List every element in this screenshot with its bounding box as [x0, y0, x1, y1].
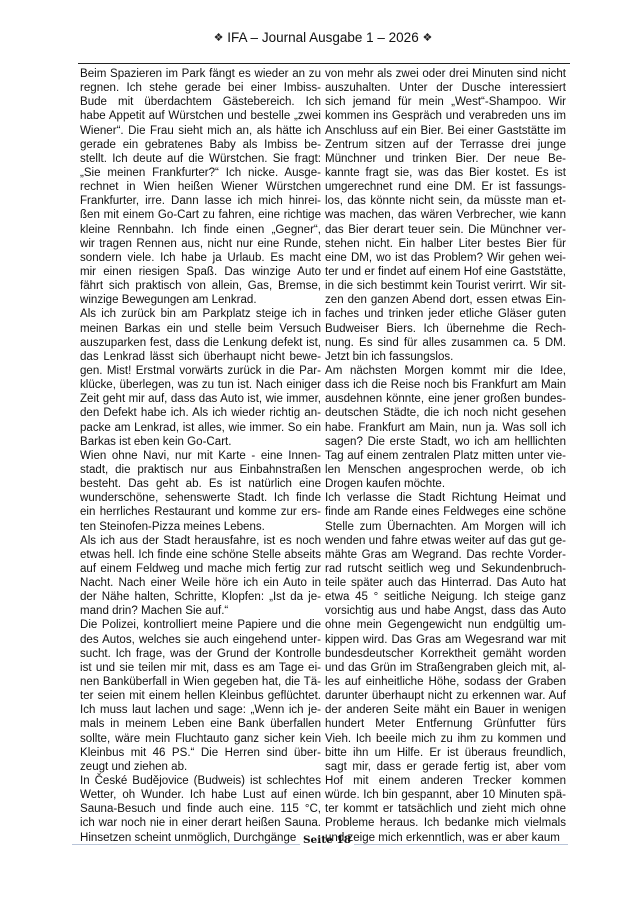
text-line: Kleinbus mit 46 PS.“ Die Herren sind übe… [80, 746, 321, 760]
text-line: ter seien mit einem hellen Kleinbus gefl… [80, 689, 321, 703]
text-line: los, das könnte nicht sein, da müsste ma… [325, 194, 566, 208]
text-line: Wetter, oh Wunder. Ich habe Lust auf ein… [80, 788, 321, 802]
text-line: wunderschöne, sehenswerte Stadt. Ich fin… [80, 491, 321, 505]
text-line: Tag auf einem zentralen Platz mitten unt… [325, 449, 566, 463]
text-line: ein herrliches Restaurant und komme zur … [80, 505, 321, 519]
text-line: faches und trinken jeder etliche Gläser … [325, 307, 566, 321]
paragraph: Beim Spazieren im Park fängt es wieder a… [80, 67, 321, 307]
text-line: den Defekt habe ich. Als ich wieder rich… [80, 406, 321, 420]
text-line: auf einem Feldweg und mache mich fertig … [80, 562, 321, 576]
header-divider [78, 63, 570, 64]
text-line: Vieh. Ich beeile mich zu ihm zu kommen u… [325, 732, 566, 746]
text-line: zen den ganzen Abend dort, essen etwas E… [325, 293, 566, 307]
text-line: Beim Spazieren im Park fängt es wieder a… [80, 67, 321, 81]
paragraph: Als ich aus der Stadt herausfahre, ist e… [80, 534, 321, 619]
journal-title: IFA – Journal Ausgabe 1 – 2026 [227, 30, 418, 45]
text-line: des Autos, welches sie auch eingehend un… [80, 633, 321, 647]
text-line: etwas hell. Ich finde eine schöne Stelle… [80, 548, 321, 562]
text-line: ten Steinofen-Pizza meines Lebens. [80, 520, 321, 534]
text-line: Am nächsten Morgen kommt mir die Idee, [325, 364, 566, 378]
text-line: bundesdeutscher Korrektheit gemäht worde… [325, 647, 566, 661]
text-line: rad rutscht seitlich weg und Sekundenbru… [325, 562, 566, 576]
page-header: ❖ IFA – Journal Ausgabe 1 – 2026 ❖ [76, 28, 570, 50]
text-line: darunter überhaupt nicht zu erkennen war… [325, 689, 566, 703]
footer-divider-left [72, 844, 300, 845]
text-line: das Lenkrad lässt sich überhaupt nicht b… [80, 350, 321, 364]
text-line: Zeit geht mir auf, dass das Auto ist, wi… [80, 392, 321, 406]
text-line: Anschluss auf ein Bier. Bei einer Gastst… [325, 124, 566, 138]
text-line: gen. Mist! Erstmal vorwärts zurück in di… [80, 364, 321, 378]
text-line: rechnet in Wien heißen Wiener Würstchen [80, 180, 321, 194]
text-line: der Nähe halten, Schritte, Klopfen: „Ist… [80, 590, 321, 604]
text-line: sagt mir, dass er gerade fertig ist, abe… [325, 760, 566, 774]
text-line: len Menschen angesprochen werde, ob ich [325, 463, 566, 477]
text-line: ich war noch nie in einer derart heißen … [80, 816, 321, 830]
text-line: kannte fragt sie, was das Bier kostet. E… [325, 166, 566, 180]
text-line: ter und er findet auf einem Hof eine Gas… [325, 265, 566, 279]
text-line: bitte ihn um Hilfe. Er ist überaus freun… [325, 746, 566, 760]
text-line: besteht. Das geht ab. Es ist natürlich e… [80, 477, 321, 491]
text-line: Ich muss laut lachen und sage: „Wenn ich… [80, 703, 321, 717]
text-line: der anderen Seite mäht ein Bauer in weni… [325, 703, 566, 717]
text-line: In České Budějovice (Budweis) ist schlec… [80, 774, 321, 788]
text-line: sollte, wäre mein Fluchtauto ganz sicher… [80, 732, 321, 746]
text-line: auszuparken fest, dass die Lenkung defek… [80, 336, 321, 350]
text-line: nen Banküberfall in Wien gegeben hat, di… [80, 675, 321, 689]
text-line: von mehr als zwei oder drei Minuten sind… [325, 67, 566, 81]
text-line: Ich verlasse die Stadt Richtung Heimat u… [325, 491, 566, 505]
text-line: teile später auch das Hinterrad. Das Aut… [325, 576, 566, 590]
text-line: Nacht. Nach einer Weile höre ich ein Aut… [80, 576, 321, 590]
text-line: und das Grün im Straßengraben gleich mit… [325, 661, 566, 675]
text-line: etwa 45 ° seitliche Neigung. Ich steige … [325, 590, 566, 604]
text-line: meinen Barkas ein und stelle beim Versuc… [80, 322, 321, 336]
footer-divider-right [354, 844, 568, 845]
text-line: Probleme heraus. Ich bedanke mich vielma… [325, 816, 566, 830]
text-line: stellt. Ich deute auf die Würstchen. Sie… [80, 152, 321, 166]
text-line: Wiener“. Die Frau sieht mich an, als hät… [80, 124, 321, 138]
text-line: ist und sie teilen mir mit, dass es am T… [80, 661, 321, 675]
text-line: kommen ins Gespräch und verabreden uns i… [325, 109, 566, 123]
text-line: ohne mein Gegengewicht nun endgültig um- [325, 618, 566, 632]
text-line: wenden und fahre etwas weiter auf das gu… [325, 534, 566, 548]
text-line: sondern viele. Ich habe ja Urlaub. Es ma… [80, 251, 321, 265]
text-line: sich jemand für mein „West“-Shampoo. Wir [325, 95, 566, 109]
text-line: Drogen kaufen möchte. [325, 477, 566, 491]
text-line: eine DM, wo ist das Problem? Wir gehen w… [325, 251, 566, 265]
text-line: zeugt und ziehen ab. [80, 760, 321, 774]
text-line: mand drin? Machen Sie auf.“ [80, 604, 321, 618]
ornament-diamond-icon: ❖ [214, 28, 224, 48]
page-number: Seite 18 [300, 834, 354, 846]
text-line: Sauna-Besuch und finde auch eine. 115 °C… [80, 802, 321, 816]
text-line: mähte Gras am Wegrand. Das rechte Vorder… [325, 548, 566, 562]
text-line: auszuhalten. Unter der Dusche interessie… [325, 81, 566, 95]
text-line: vorsichtig aus und habe Angst, dass das … [325, 604, 566, 618]
text-line: deutschen Städte, die ich noch nicht ges… [325, 406, 566, 420]
paragraph: Ich verlasse die Stadt Richtung Heimat u… [325, 491, 566, 845]
page-footer: Seite 18 [72, 833, 568, 853]
text-line: umgerechnet rund eine DM. Er ist fassung… [325, 180, 566, 194]
paragraph: von mehr als zwei oder drei Minuten sind… [325, 67, 566, 364]
text-line: Stelle zum Übernachten. Am Morgen will i… [325, 520, 566, 534]
text-line: stehen nicht. Ein halber Liter bestes Bi… [325, 237, 566, 251]
text-line: Zentrum sitzen auf der Terrasse drei jun… [325, 138, 566, 152]
text-line: habe. Frankfurt am Main, nun ja. Was sol… [325, 421, 566, 435]
text-line: nung. Es sind für alles zusammen ca. 5 D… [325, 336, 566, 350]
text-line: mals in meinem Leben eine Bank überfalle… [80, 717, 321, 731]
text-line: was machen, das wären Verbrecher, wie ka… [325, 208, 566, 222]
text-line: Als ich aus der Stadt herausfahre, ist e… [80, 534, 321, 548]
text-line: finde am Rande eines Feldweges eine schö… [325, 505, 566, 519]
text-line: packe am Lenkrad, ist alles, wie immer. … [80, 421, 321, 435]
text-line: ßen mit einem Go-Cart zu fahren, eine ri… [80, 208, 321, 222]
text-line: hundert Meter Entfernung Grünfutter fürs [325, 717, 566, 731]
text-line: Wien ohne Navi, nur mit Karte - eine Inn… [80, 449, 321, 463]
text-line: kippen wird. Das Gras am Wegesrand war m… [325, 633, 566, 647]
journal-page: ❖ IFA – Journal Ausgabe 1 – 2026 ❖ Beim … [0, 0, 632, 897]
text-line: wir tragen Rennen aus, nicht nur eine Ru… [80, 237, 321, 251]
text-line: les auf einheitliche Höhe, sodass der Gr… [325, 675, 566, 689]
text-line: das Bier derart teuer sein. Die Münchner… [325, 223, 566, 237]
text-line: Jetzt bin ich fassungslos. [325, 350, 566, 364]
text-line: Bude mit überdachtem Gästebereich. Ich [80, 95, 321, 109]
text-line: Als ich zurück bin am Parkplatz steige i… [80, 307, 321, 321]
paragraph: Wien ohne Navi, nur mit Karte - eine Inn… [80, 449, 321, 534]
text-line: ter kommt er tatsächlich und zieht mich … [325, 802, 566, 816]
text-line: klücke, überlegen, was zu tun ist. Nach … [80, 378, 321, 392]
paragraph: Am nächsten Morgen kommt mir die Idee,da… [325, 364, 566, 491]
text-line: regnen. Ich stehe gerade bei einer Imbis… [80, 81, 321, 95]
text-line: Budweiser Biers. Ich übernehme die Rech- [325, 322, 566, 336]
text-line: fährt sich praktisch von allein, Gas, Br… [80, 279, 321, 293]
text-line: Barkas ist eben kein Go-Cart. [80, 435, 321, 449]
text-line: Frankfurter, irre. Dann lasse ich mich h… [80, 194, 321, 208]
text-line: sagen? Die erste Stadt, wo ich am hellli… [325, 435, 566, 449]
text-line: ausdehnen könnte, eine jener großen bund… [325, 392, 566, 406]
right-column: von mehr als zwei oder drei Minuten sind… [325, 67, 566, 845]
text-line: Hof mit einem anderen Trecker kommen [325, 774, 566, 788]
text-line: würde. Ich bin gespannt, aber 10 Minuten… [325, 788, 566, 802]
text-line: dass ich die Reise noch bis Frankfurt am… [325, 378, 566, 392]
text-line: winzige Bewegungen am Lenkrad. [80, 293, 321, 307]
text-line: Die Polizei, kontrolliert meine Papiere … [80, 618, 321, 632]
ornament-diamond-icon: ❖ [422, 28, 432, 48]
text-line: mir einen riesigen Spaß. Das winzige Aut… [80, 265, 321, 279]
text-line: sucht. Ich frage, was der Grund der Kont… [80, 647, 321, 661]
text-line: „Sie meinen Frankfurter?“ Ich nicke. Aus… [80, 166, 321, 180]
text-line: habe Appetit auf Würstchen und bestelle … [80, 109, 321, 123]
left-column: Beim Spazieren im Park fängt es wieder a… [80, 67, 321, 845]
text-line: stadt, die praktisch nur aus Einbahnstra… [80, 463, 321, 477]
text-line: Münchner und trinken Bier. Der neue Be- [325, 152, 566, 166]
text-line: gerade ein gebratenes Baby als Imbiss be… [80, 138, 321, 152]
text-line: in die sich bestimmt kein Tourist verirr… [325, 279, 566, 293]
paragraph: Als ich zurück bin am Parkplatz steige i… [80, 307, 321, 448]
text-line: kleine Rennbahn. Ich finde einen „Gegner… [80, 223, 321, 237]
paragraph: Die Polizei, kontrolliert meine Papiere … [80, 618, 321, 774]
